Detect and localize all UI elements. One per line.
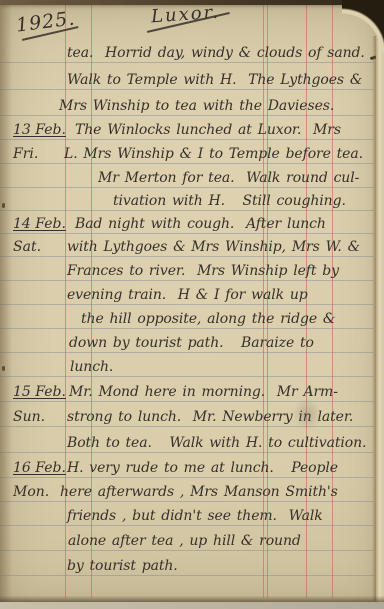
diary-row: Mrs Winship to tea with the Davieses.: [0, 94, 378, 120]
entry-text-line: by tourist path.: [67, 554, 178, 578]
entry-day-label: Sun.: [13, 405, 45, 429]
entry-text-line: tea. Horrid day, windy & clouds of sand.: [67, 41, 365, 65]
diary-row: the hill opposite, along the ridge &: [0, 307, 378, 333]
entry-text-line: Mr Merton for tea. Walk round cul-: [98, 166, 359, 190]
entry-text-line: L. Mrs Winship & I to Temple before tea.: [64, 142, 363, 166]
entry-date-label: 14 Feb.: [13, 212, 66, 236]
diary-row: Fri.L. Mrs Winship & I to Temple before …: [0, 142, 378, 168]
entry-text-line: here afterwards , Mrs Manson Smith's: [60, 480, 338, 504]
entry-date-label: 13 Feb.: [13, 118, 66, 142]
entry-text-line: The Winlocks lunched at Luxor. Mrs: [75, 118, 341, 142]
diary-row: down by tourist path. Baraize to: [0, 331, 378, 357]
top-right-corner-background: [342, 0, 384, 52]
entry-text-line: Walk to Temple with H. The Lythgoes &: [67, 68, 362, 92]
entry-day-label: Mon.: [13, 480, 49, 504]
top-page-edge: [0, 0, 384, 5]
entry-text-line: lunch.: [70, 355, 113, 379]
diary-row: Both to tea. Walk with H. to cultivation…: [0, 431, 378, 457]
diary-row: tea. Horrid day, windy & clouds of sand.: [0, 41, 378, 67]
diary-row: lunch.: [0, 355, 378, 381]
diary-row: evening train. H & I for walk up: [0, 283, 378, 309]
entry-text-line: Frances to river. Mrs Winship left by: [67, 259, 339, 283]
diary-photo: 1925. Luxor. tea. Horrid day, windy & cl…: [0, 0, 384, 609]
entry-text-line: Both to tea. Walk with H. to cultivation…: [67, 431, 366, 455]
entry-text-line: tivation with H. Still coughing.: [113, 189, 346, 213]
diary-row: Frances to river. Mrs Winship left by: [0, 259, 378, 285]
entry-text-line: the hill opposite, along the ridge &: [81, 307, 335, 331]
diary-row: Sat.with Lythgoes & Mrs Winship, Mrs W. …: [0, 235, 378, 261]
entry-date-label: 16 Feb.: [13, 456, 66, 480]
diary-page: 1925. Luxor. tea. Horrid day, windy & cl…: [0, 0, 384, 609]
diary-row: 13 Feb.The Winlocks lunched at Luxor. Mr…: [0, 118, 378, 144]
entry-text-line: Bad night with cough. After lunch: [75, 212, 326, 236]
entry-text-line: H. very rude to me at lunch. People: [67, 456, 338, 480]
entry-text-line: friends , but didn't see them. Walk: [67, 504, 323, 528]
entry-text-line: Mrs Winship to tea with the Davieses.: [59, 94, 334, 118]
diary-row: friends , but didn't see them. Walk: [0, 504, 378, 530]
diary-row: 16 Feb.H. very rude to me at lunch. Peop…: [0, 456, 378, 482]
diary-row: by tourist path.: [0, 554, 378, 580]
entry-text-line: evening train. H & I for walk up: [67, 283, 308, 307]
entry-text-line: down by tourist path. Baraize to: [69, 331, 314, 355]
underlying-pages-bottom-edge: [0, 602, 384, 609]
diary-row: Walk to Temple with H. The Lythgoes &: [0, 68, 378, 94]
entry-text-line: alone after tea , up hill & round: [68, 529, 301, 553]
entry-date-label: 15 Feb.: [13, 380, 66, 404]
binding-shadow: [0, 0, 12, 609]
year-label: 1925.: [15, 7, 77, 36]
diary-row: Sun.strong to lunch. Mr. Newberry in lat…: [0, 405, 378, 431]
diary-row: 15 Feb.Mr. Mond here in morning. Mr Arm-: [0, 380, 378, 406]
underlying-pages-right-edge: [376, 0, 384, 603]
ink-smudge: [293, 398, 321, 430]
entry-day-label: Fri.: [13, 142, 38, 166]
entry-day-label: Sat.: [13, 235, 41, 259]
entry-text-line: with Lythgoes & Mrs Winship, Mrs W. &: [67, 235, 360, 259]
diary-row: alone after tea , up hill & round: [0, 529, 378, 555]
diary-row: Mon.here afterwards , Mrs Manson Smith's: [0, 480, 378, 506]
